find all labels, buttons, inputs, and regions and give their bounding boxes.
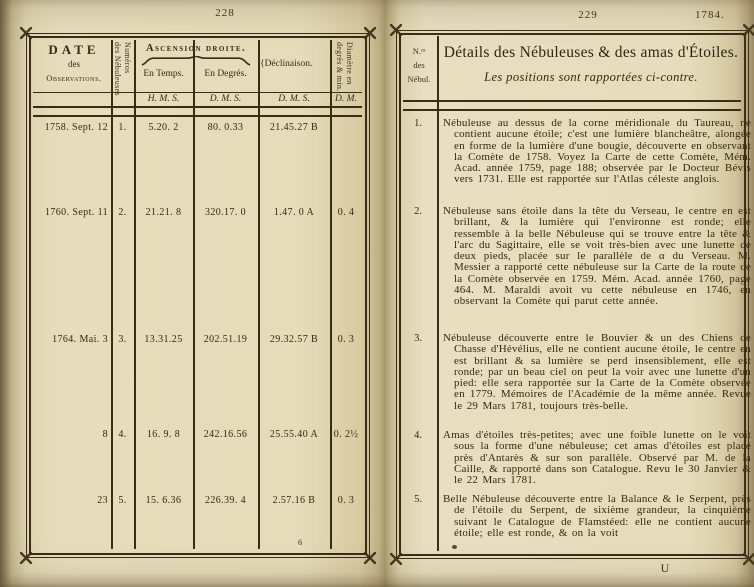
corner-ornament-icon <box>364 27 376 39</box>
cell-declination: 21.45.27 B <box>259 122 329 133</box>
col-header-en-temps: En Temps. <box>134 69 193 79</box>
entry-number: 5. <box>404 494 432 505</box>
cell-diameter: 0. 4 <box>331 207 361 218</box>
entry-text: Nébuleuse découverte entre le Bouvier & … <box>443 333 751 412</box>
cell-date: 1760. Sept. 11 <box>36 207 108 218</box>
right-page-number: 229 <box>568 9 608 21</box>
col-header-en-degres: En Degrés. <box>193 69 258 79</box>
corner-ornament-icon <box>743 24 754 36</box>
cell-diameter: 0. 2½ <box>331 429 361 440</box>
col-header-declinaison: {Déclinaison. <box>260 59 330 69</box>
cell-ra-time: 16. 9. 8 <box>135 429 192 440</box>
table-header-rule <box>33 106 362 117</box>
subheader-dm-diam: D. M. <box>330 94 362 104</box>
declinaison-label: Déclinaison. <box>265 59 313 69</box>
entry-number: 3. <box>404 333 432 344</box>
entry-text: Amas d'étoiles très-petites; avec une fo… <box>443 430 751 486</box>
entry-number: 1. <box>404 118 432 129</box>
subheader-hms: H. M. S. <box>134 94 193 104</box>
corner-ornament-icon <box>20 552 32 564</box>
cell-declination: 2.57.16 B <box>259 495 329 506</box>
cell-date: 1764. Mai. 3 <box>36 334 108 345</box>
subheader-dms-degrees: D. M. S. <box>193 94 258 104</box>
cell-ra-time: 5.20. 2 <box>135 122 192 133</box>
entry-number: 4. <box>404 430 432 441</box>
header-rule <box>403 100 741 111</box>
corner-ornament-icon <box>390 24 402 36</box>
entry-text: Nébuleuse au dessus de la corne méridion… <box>443 118 751 186</box>
cell-ra-time: 15. 6.36 <box>135 495 192 506</box>
cell-ra-time: 13.31.25 <box>135 334 192 345</box>
cell-date: 1758. Sept. 12 <box>36 122 108 133</box>
cell-date: 8 <box>36 429 108 440</box>
right-signature-mark: U <box>650 561 680 576</box>
cell-ra-degrees: 226.39. 4 <box>194 495 257 506</box>
cell-date: 23 <box>36 495 108 506</box>
entry-text: Nébuleuse sans étoile dans la tête du Ve… <box>443 206 751 308</box>
cell-number: 5. <box>111 495 134 506</box>
cell-ra-time: 21.21. 8 <box>135 207 192 218</box>
nebul-header-line3: Nébul. <box>402 72 436 86</box>
number-column-divider <box>437 36 439 551</box>
nebul-column-header: N.ᵒˢ des Nébul. <box>402 44 436 86</box>
cell-number: 1. <box>111 122 134 133</box>
cell-number: 3. <box>111 334 134 345</box>
cell-ra-degrees: 242.16.56 <box>194 429 257 440</box>
corner-ornament-icon <box>364 552 376 564</box>
col-header-date: DATE <box>38 42 110 58</box>
corner-ornament-icon <box>743 553 754 565</box>
brace-icon <box>140 56 252 66</box>
nebul-header-line2: des <box>402 58 436 72</box>
cell-ra-degrees: 80. 0.33 <box>194 122 257 133</box>
col-header-date-des: des <box>38 59 110 69</box>
book-spread: 228 DATE des Observations. Numéros des N… <box>0 0 754 587</box>
year-label: 1784. <box>695 9 741 21</box>
cell-declination: 29.32.57 B <box>259 334 329 345</box>
cell-declination: 25.55.40 A <box>259 429 329 440</box>
ink-blot <box>452 545 457 549</box>
left-page-number: 228 <box>205 7 245 19</box>
col-header-numeros: Numéros des Nébuleuses <box>112 42 132 104</box>
left-signature-mark: 6 <box>298 537 302 547</box>
page-subtitle: Les positions sont rapportées ci-contre. <box>443 70 739 85</box>
table-rule <box>33 92 362 93</box>
col-header-numeros-line1: Numéros <box>122 42 132 104</box>
corner-ornament-icon <box>20 27 32 39</box>
cell-number: 2. <box>111 207 134 218</box>
page-title: Détails des Nébuleuses & des amas d'Étoi… <box>443 44 739 62</box>
cell-diameter: 0. 3 <box>331 495 361 506</box>
col-header-numeros-line2: des Nébuleuses <box>112 42 122 104</box>
col-header-observations: Observations. <box>36 73 112 83</box>
subheader-dms-decl: D. M. S. <box>258 94 330 104</box>
nebul-header-line1: N.ᵒˢ <box>402 44 436 58</box>
cell-declination: 1.47. 0 A <box>259 207 329 218</box>
entry-text: Belle Nébuleuse découverte entre la Bala… <box>443 494 751 546</box>
col-header-ascension: Ascension droite. <box>134 43 258 54</box>
cell-ra-degrees: 202.51.19 <box>194 334 257 345</box>
corner-ornament-icon <box>390 553 402 565</box>
cell-diameter: 0. 3 <box>331 334 361 345</box>
cell-number: 4. <box>111 429 134 440</box>
entry-number: 2. <box>404 206 432 217</box>
cell-ra-degrees: 320.17. 0 <box>194 207 257 218</box>
